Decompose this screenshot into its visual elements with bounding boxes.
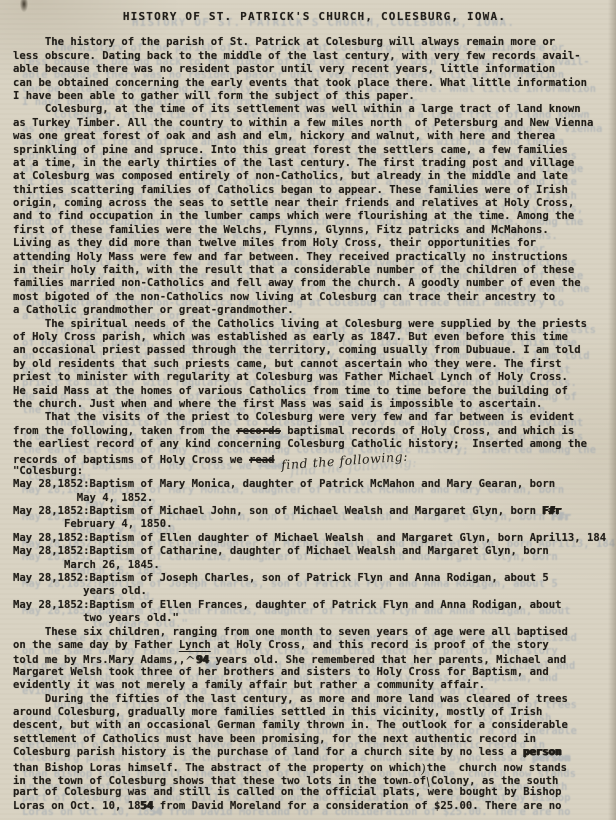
paragraph-2: Colesburg, at the time of its settlement… [13, 103, 616, 317]
text-line: sprinkling of pine and spruce. Into this… [13, 144, 616, 157]
text-line: attending Holy Mass were few and far bet… [13, 251, 616, 264]
text-line: thirties scattering families of Catholic… [13, 184, 616, 197]
struck-out-text: records [236, 425, 281, 437]
text-line: February 4, 1850. [13, 518, 616, 531]
paragraph-4: That the visits of the priest to Colesbu… [13, 411, 616, 478]
text-line: May 28,1852:Baptism of Mary Monica, daug… [13, 478, 616, 491]
text-line: I have been able to gather will form the… [13, 90, 616, 103]
text-line: Colesburg, at the time of its settlement… [13, 103, 616, 116]
text-line: March 26, 1845. [13, 559, 616, 572]
text-line: at a time, in the early thirties of the … [13, 157, 616, 170]
text-line: in their holy faith, with the result tha… [13, 264, 616, 277]
text-line: around Colesburg, gradually more familie… [13, 706, 616, 719]
text-line: the church. Just when and where the firs… [13, 398, 616, 411]
text-line: The history of the parish of St. Patrick… [13, 36, 616, 49]
text-line: less obscure. Dating back to the middle … [13, 50, 616, 63]
text-line: two years old." [13, 612, 616, 625]
text-line: These six children, ranging from one mon… [13, 626, 616, 639]
text-line: priest to minister with regularity at Co… [13, 371, 616, 384]
paragraph-5: These six children, ranging from one mon… [13, 626, 616, 693]
paragraph-3: The spiritual needs of the Catholics liv… [13, 318, 616, 412]
text-line: Loras on Oct. 10, 1854 from David Morela… [13, 800, 616, 813]
text-line: the earliest record of any kind concerni… [13, 438, 616, 451]
text-line: than Bishop Loras himself. The abstract … [13, 760, 616, 773]
text-line: May 28,1852:Baptism of Joseph Charles, s… [13, 572, 616, 585]
text-line: by old residents that such priests came,… [13, 358, 616, 371]
document-body: The history of the parish of St. Patrick… [13, 36, 616, 813]
text-line: The spiritual needs of the Catholics liv… [13, 318, 616, 331]
text-line: Colesburg parish history is the purchase… [13, 746, 616, 759]
text-line: descent, but with an occasional German f… [13, 719, 616, 732]
text-line: in the town of Colesburg shows that thes… [13, 773, 616, 786]
text-line: Margaret Welsh took three of her brother… [13, 666, 616, 679]
handwritten-note: \ [426, 775, 432, 789]
text-line: records of baptisms of Holy Cross we rea… [13, 452, 616, 465]
handwritten-note: - [408, 775, 414, 789]
text-line: evidently it was not merely a family aff… [13, 679, 616, 692]
handwritten-note: ^ [185, 654, 197, 668]
text-line: at Colesburg was composed entirely of no… [13, 170, 616, 183]
text-line: He said Mass at the homes of various Cat… [13, 385, 616, 398]
overtyped-text: person [523, 746, 561, 758]
paragraph-6: During the fifties of the last century, … [13, 693, 616, 814]
text-line: families married non-Catholics and fell … [13, 277, 616, 290]
text-line: May 4, 1852. [13, 492, 616, 505]
paragraph-1: The history of the parish of St. Patrick… [13, 36, 616, 103]
baptism-records: May 28,1852:Baptism of Mary Monica, daug… [13, 478, 616, 625]
text-line: That the visits of the priest to Colesbu… [13, 411, 616, 424]
text-line: as Turkey Timber. All the country to wit… [13, 117, 616, 130]
text-line: an occasional priest passed through the … [13, 344, 616, 357]
text-line: a Catholic grandmother or great-grandmot… [13, 304, 616, 317]
text-line: May 28,1852:Baptism of Ellen daughter of… [13, 532, 616, 545]
hand-underlined-text: Lynch [179, 639, 211, 651]
document-title: HISTORY OF ST. PATRICK'S CHURCH, COLESBU… [13, 10, 616, 23]
text-line: of Holy Cross parish, which was establis… [13, 331, 616, 344]
text-line: told me by Mrs.Mary Adams,,^94 years old… [13, 652, 616, 665]
text-line: origin, coming across the seas to settle… [13, 197, 616, 210]
overtyped-text: 94 [196, 654, 209, 666]
text-line: and to find occupation in the lumber cam… [13, 210, 616, 223]
text-line: May 28,1852:Baptism of Michael John, son… [13, 505, 616, 518]
text-line: Living as they did more than twelve mile… [13, 237, 616, 250]
text-line: settlement of Catholics must have been p… [13, 733, 616, 746]
overtyped-text: 54 [141, 800, 154, 812]
text-line: part of Colesburg was and still is calle… [13, 786, 616, 799]
text-line: years old. [13, 585, 616, 598]
text-line: May 28,1852:Baptism of Catharine, daught… [13, 545, 616, 558]
text-line: During the fifties of the last century, … [13, 693, 616, 706]
text-line: May 28,1852:Baptism of Ellen Frances, da… [13, 599, 616, 612]
text-line: on the same day by Father Lynch at Holy … [13, 639, 616, 652]
text-line: from the following, taken from the recor… [13, 425, 616, 438]
text-line: most bigoted of the non-Catholics now li… [13, 291, 616, 304]
text-line: first of these families were the Welchs,… [13, 224, 616, 237]
struck-out-text: read [249, 454, 275, 466]
typewritten-text-layer: HISTORY OF ST. PATRICK'S CHURCH, COLESBU… [0, 0, 616, 813]
text-line: can be obtained concerning the early eve… [13, 77, 616, 90]
text-line: was one great forest of oak and ash and … [13, 130, 616, 143]
handwritten-note: ) [421, 761, 427, 775]
document-page: HISTORY OF ST. PATRICK'S CHURCH, COLESBU… [0, 0, 616, 820]
overtyped-text: F#r [542, 505, 561, 517]
text-line: able because there was no resident pasto… [13, 63, 616, 76]
